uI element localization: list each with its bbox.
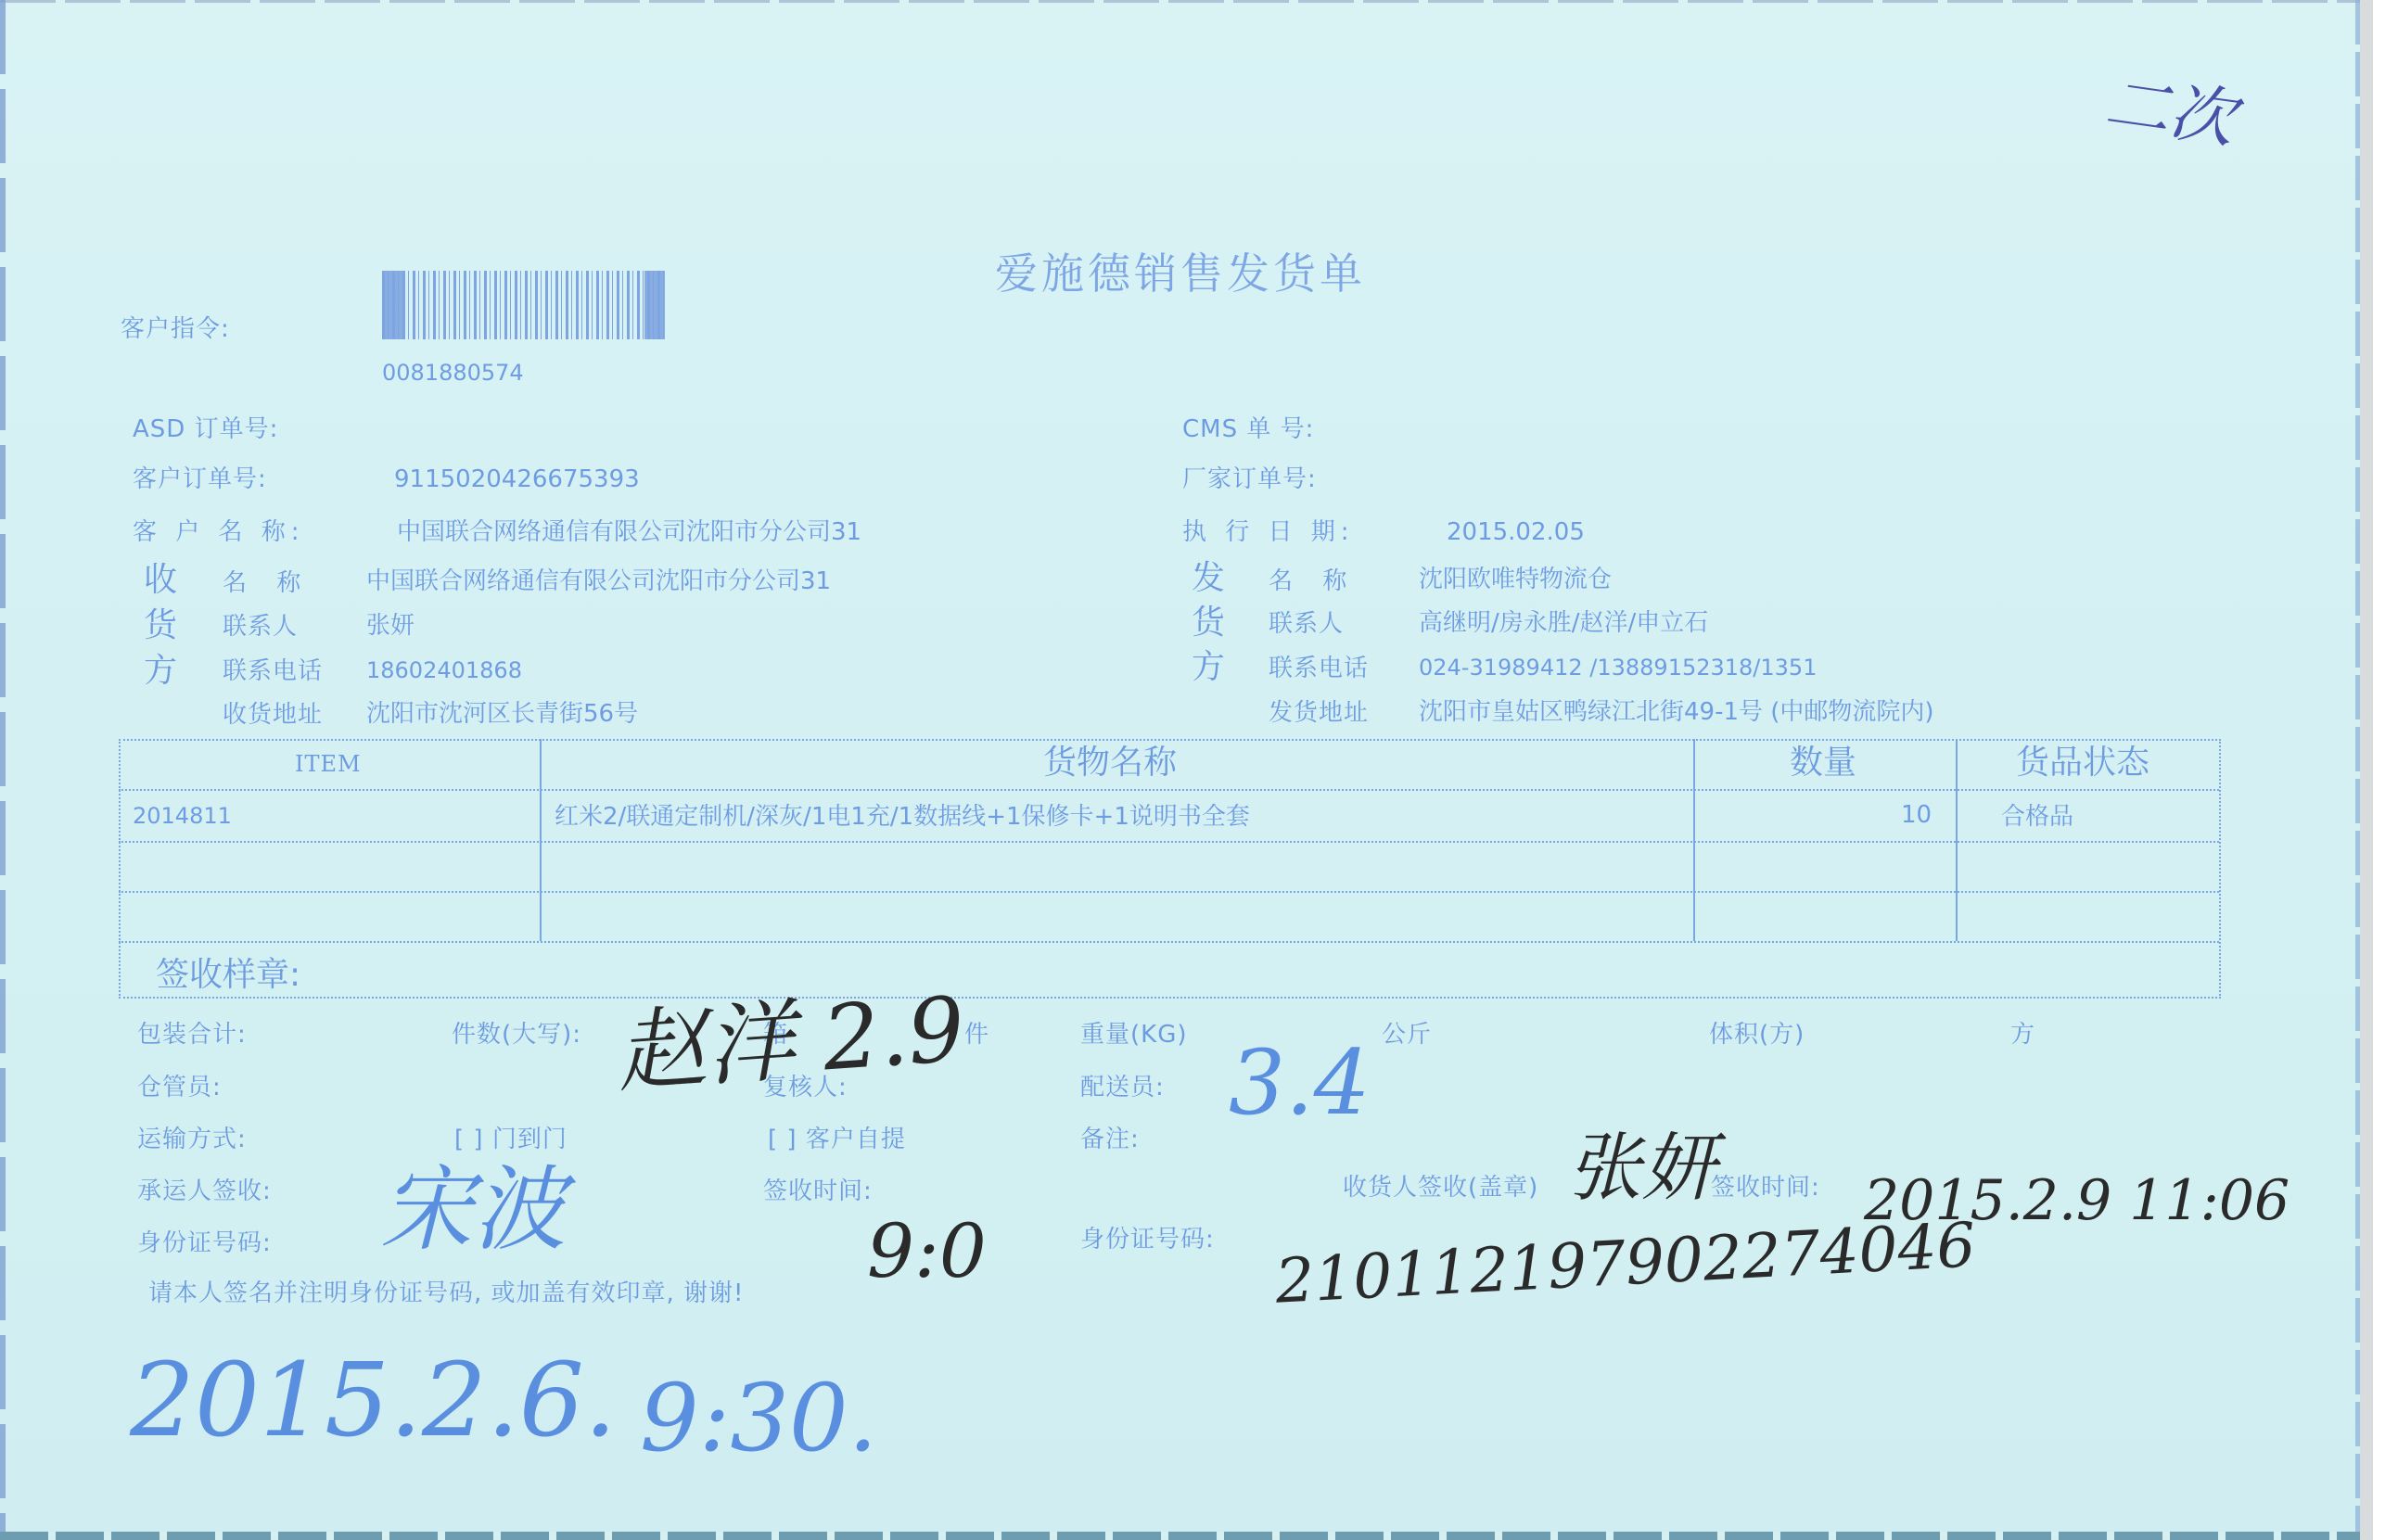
customer-instruction-label: 客户指令: [121,317,230,341]
signature-notice: 请本人签名并注明身份证号码, 或加盖有效印章, 谢谢! [148,1281,744,1305]
weight-label: 重量(KG) [1080,1023,1188,1047]
receiver-sign-label: 收货人签收(盖章) [1343,1176,1538,1200]
receiver-side-char-1: 收 [144,564,177,597]
delivery-person-label: 配送员: [1080,1075,1165,1100]
column-header-quantity: 数量 [1790,746,1856,780]
receiver-phone-label: 联系电话 [223,659,323,683]
column-header-status: 货品状态 [2016,746,2149,780]
sender-name-label: 名 称 [1269,569,1358,593]
sender-address-value: 沈阳市皇姑区鸭绿江北街49-1号 (中邮物流院内) [1419,700,1934,724]
volume-unit: 方 [2010,1023,2035,1047]
barcode-icon [382,271,665,339]
document-title: 爱施德销售发货单 [995,252,1366,295]
cell-status: 合格品 [2001,805,2073,829]
weight-unit: 公斤 [1382,1023,1432,1047]
receiver-contact-label: 联系人 [223,615,298,639]
exec-date-value: 2015.02.05 [1447,520,1585,544]
receiver-side-char-3: 方 [144,655,177,688]
receiver-name-value: 中国联合网络通信有限公司沈阳市分公司31 [366,569,831,593]
cell-item: 2014811 [133,805,232,827]
table-divider [119,789,2219,791]
self-pickup-option[interactable]: [ ] 客户自提 [768,1127,906,1152]
sender-phone-value: 024-31989412 /13889152318/1351 [1419,656,1817,679]
id-number-label-right: 身份证号码: [1080,1228,1215,1252]
paper-edge-shadow [2360,0,2373,1540]
sender-name-value: 沈阳欧唯特物流仓 [1419,567,1612,592]
transport-label: 运输方式: [137,1127,247,1152]
sign-time-label: 签收时间: [763,1179,873,1203]
asd-order-label: ASD 订单号: [133,417,278,441]
handwritten-corner-note: 二次 [2101,70,2239,153]
handwritten-time-note: 9:30. [640,1372,877,1465]
sender-side-char-1: 发 [1192,562,1225,595]
customer-name-value: 中国联合网络通信有限公司沈阳市分公司31 [397,520,861,544]
perforation-top [0,0,2360,3]
sender-side-char-3: 方 [1192,651,1225,684]
handwritten-carrier-signature: 宋波 [380,1164,566,1256]
perforation-bottom [0,1532,2360,1540]
volume-label: 体积(方) [1709,1023,1805,1047]
column-header-goods-name: 货物名称 [1043,746,1177,780]
receiver-sign-time-label: 签收时间: [1711,1176,1820,1200]
factory-order-label: 厂家订单号: [1182,467,1317,491]
sender-address-label: 发货地址 [1269,701,1369,725]
cell-goods-name: 红米2/联通定制机/深灰/1电1充/1数据线+1保修卡+1说明书全套 [555,805,1250,829]
pieces-label: 件数(大写): [452,1023,581,1047]
piece-label: 件 [964,1023,989,1047]
receiver-contact-value: 张妍 [366,614,415,638]
handwritten-receiver-signature: 张妍 [1567,1131,1716,1205]
sender-contact-value: 高继明/房永胜/赵洋/申立石 [1419,611,1708,635]
barcode-number: 0081880574 [382,362,524,384]
customer-name-label: 客 户 名 称: [133,520,305,544]
handwritten-weight-value: 3.4 [1229,1038,1371,1127]
id-number-label-left: 身份证号码: [137,1231,272,1255]
perforation-right [2355,0,2360,1540]
receiver-phone-value: 18602401868 [366,659,522,681]
column-divider [1693,739,1695,941]
receiver-address-label: 收货地址 [223,703,323,727]
cell-quantity: 10 [1901,803,1932,827]
carrier-sign-label: 承运人签收: [137,1179,272,1203]
perforation-left [0,0,6,1540]
door-to-door-option[interactable]: [ ] 门到门 [454,1127,568,1152]
table-divider [119,891,2219,893]
warehouse-keeper-label: 仓管员: [137,1075,222,1100]
column-header-item: ITEM [295,753,362,775]
sender-contact-label: 联系人 [1269,612,1344,636]
table-divider [119,841,2219,843]
column-divider [1956,739,1958,941]
customer-order-value: 9115020426675393 [394,467,640,491]
sender-side-char-2: 货 [1192,606,1225,640]
remark-label: 备注: [1080,1127,1140,1152]
stamp-label: 签收样章: [156,959,300,992]
package-total-label: 包装合计: [137,1023,247,1047]
cms-label: CMS 单 号: [1182,417,1314,441]
handwritten-checker-signature: 赵洋 2.9 [614,985,967,1098]
exec-date-label: 执 行 日 期: [1182,520,1355,544]
handwritten-date-note: 2015.2.6. [130,1349,617,1451]
handwritten-sign-time-scribble: 9:0 [867,1215,987,1289]
customer-order-label: 客户订单号: [133,467,267,491]
receiver-address-value: 沈阳市沈河区长青街56号 [366,702,638,726]
column-divider [540,739,542,941]
receiver-side-char-2: 货 [144,609,177,643]
receiver-name-label: 名 称 [223,571,312,595]
sender-phone-label: 联系电话 [1269,656,1369,681]
table-divider [119,941,2219,943]
